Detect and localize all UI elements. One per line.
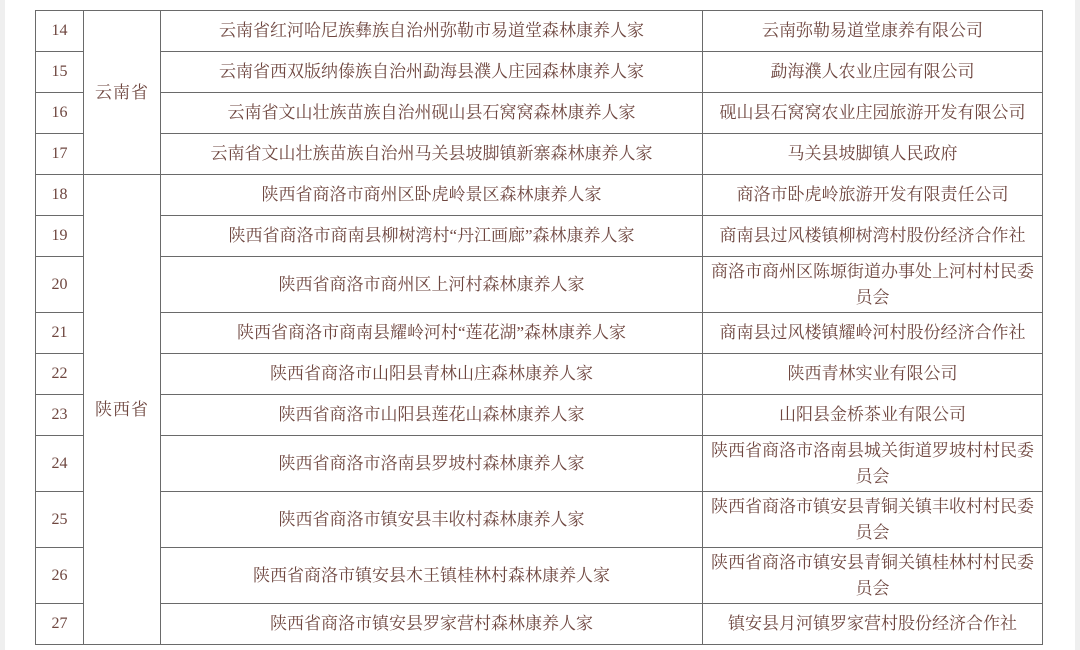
row-number: 18 — [36, 175, 84, 216]
province-cell-shaanxi: 陕西省 — [84, 175, 161, 645]
forest-wellness-roster-table: 14 云南省 云南省红河哈尼族彝族自治州弥勒市易道堂森林康养人家 云南弥勒易道堂… — [35, 10, 1043, 645]
row-number: 22 — [36, 354, 84, 395]
facility-name-cell: 云南省西双版纳傣族自治州勐海县濮人庄园森林康养人家 — [161, 52, 703, 93]
table-row: 24 陕西省商洛市洛南县罗坡村森林康养人家 陕西省商洛市洛南县城关街道罗坡村村民… — [36, 436, 1043, 492]
row-number: 27 — [36, 604, 84, 645]
row-number: 19 — [36, 216, 84, 257]
table-row: 25 陕西省商洛市镇安县丰收村森林康养人家 陕西省商洛市镇安县青铜关镇丰收村村民… — [36, 492, 1043, 548]
row-number: 20 — [36, 257, 84, 313]
table-row: 14 云南省 云南省红河哈尼族彝族自治州弥勒市易道堂森林康养人家 云南弥勒易道堂… — [36, 11, 1043, 52]
operator-cell: 陕西青林实业有限公司 — [703, 354, 1043, 395]
table-row: 19 陕西省商洛市商南县柳树湾村“丹江画廊”森林康养人家 商南县过风楼镇柳树湾村… — [36, 216, 1043, 257]
row-number: 26 — [36, 548, 84, 604]
table-row: 18 陕西省 陕西省商洛市商州区卧虎岭景区森林康养人家 商洛市卧虎岭旅游开发有限… — [36, 175, 1043, 216]
page-edge-right — [1075, 0, 1080, 650]
operator-cell: 山阳县金桥茶业有限公司 — [703, 395, 1043, 436]
table-row: 20 陕西省商洛市商州区上河村森林康养人家 商洛市商州区陈塬街道办事处上河村村民… — [36, 257, 1043, 313]
operator-cell: 陕西省商洛市镇安县青铜关镇丰收村村民委员会 — [703, 492, 1043, 548]
facility-name-cell: 陕西省商洛市山阳县青林山庄森林康养人家 — [161, 354, 703, 395]
row-number: 24 — [36, 436, 84, 492]
operator-cell: 镇安县月河镇罗家营村股份经济合作社 — [703, 604, 1043, 645]
operator-cell: 商洛市卧虎岭旅游开发有限责任公司 — [703, 175, 1043, 216]
row-number: 15 — [36, 52, 84, 93]
table-row: 26 陕西省商洛市镇安县木王镇桂林村森林康养人家 陕西省商洛市镇安县青铜关镇桂林… — [36, 548, 1043, 604]
table-row: 27 陕西省商洛市镇安县罗家营村森林康养人家 镇安县月河镇罗家营村股份经济合作社 — [36, 604, 1043, 645]
facility-name-cell: 陕西省商洛市镇安县丰收村森林康养人家 — [161, 492, 703, 548]
row-number: 23 — [36, 395, 84, 436]
operator-cell: 商南县过风楼镇耀岭河村股份经济合作社 — [703, 313, 1043, 354]
operator-cell: 商洛市商州区陈塬街道办事处上河村村民委员会 — [703, 257, 1043, 313]
facility-name-cell: 陕西省商洛市洛南县罗坡村森林康养人家 — [161, 436, 703, 492]
operator-cell: 马关县坡脚镇人民政府 — [703, 134, 1043, 175]
operator-cell: 陕西省商洛市洛南县城关街道罗坡村村民委员会 — [703, 436, 1043, 492]
facility-name-cell: 云南省红河哈尼族彝族自治州弥勒市易道堂森林康养人家 — [161, 11, 703, 52]
page: 14 云南省 云南省红河哈尼族彝族自治州弥勒市易道堂森林康养人家 云南弥勒易道堂… — [0, 0, 1080, 650]
facility-name-cell: 陕西省商洛市山阳县莲花山森林康养人家 — [161, 395, 703, 436]
facility-name-cell: 陕西省商洛市商南县柳树湾村“丹江画廊”森林康养人家 — [161, 216, 703, 257]
row-number: 17 — [36, 134, 84, 175]
facility-name-cell: 陕西省商洛市镇安县木王镇桂林村森林康养人家 — [161, 548, 703, 604]
row-number: 16 — [36, 93, 84, 134]
province-cell-yunnan: 云南省 — [84, 11, 161, 175]
operator-cell: 勐海濮人农业庄园有限公司 — [703, 52, 1043, 93]
facility-name-cell: 陕西省商洛市商州区上河村森林康养人家 — [161, 257, 703, 313]
operator-cell: 砚山县石窝窝农业庄园旅游开发有限公司 — [703, 93, 1043, 134]
facility-name-cell: 陕西省商洛市镇安县罗家营村森林康养人家 — [161, 604, 703, 645]
table-row: 22 陕西省商洛市山阳县青林山庄森林康养人家 陕西青林实业有限公司 — [36, 354, 1043, 395]
row-number: 14 — [36, 11, 84, 52]
facility-name-cell: 云南省文山壮族苗族自治州马关县坡脚镇新寨森林康养人家 — [161, 134, 703, 175]
facility-name-cell: 陕西省商洛市商南县耀岭河村“莲花湖”森林康养人家 — [161, 313, 703, 354]
operator-cell: 云南弥勒易道堂康养有限公司 — [703, 11, 1043, 52]
operator-cell: 陕西省商洛市镇安县青铜关镇桂林村村民委员会 — [703, 548, 1043, 604]
table-row: 21 陕西省商洛市商南县耀岭河村“莲花湖”森林康养人家 商南县过风楼镇耀岭河村股… — [36, 313, 1043, 354]
facility-name-cell: 云南省文山壮族苗族自治州砚山县石窝窝森林康养人家 — [161, 93, 703, 134]
operator-cell: 商南县过风楼镇柳树湾村股份经济合作社 — [703, 216, 1043, 257]
table-row: 15 云南省西双版纳傣族自治州勐海县濮人庄园森林康养人家 勐海濮人农业庄园有限公… — [36, 52, 1043, 93]
table-row: 23 陕西省商洛市山阳县莲花山森林康养人家 山阳县金桥茶业有限公司 — [36, 395, 1043, 436]
table-row: 17 云南省文山壮族苗族自治州马关县坡脚镇新寨森林康养人家 马关县坡脚镇人民政府 — [36, 134, 1043, 175]
row-number: 21 — [36, 313, 84, 354]
table-row: 16 云南省文山壮族苗族自治州砚山县石窝窝森林康养人家 砚山县石窝窝农业庄园旅游… — [36, 93, 1043, 134]
row-number: 25 — [36, 492, 84, 548]
facility-name-cell: 陕西省商洛市商州区卧虎岭景区森林康养人家 — [161, 175, 703, 216]
page-edge-left — [0, 0, 5, 650]
